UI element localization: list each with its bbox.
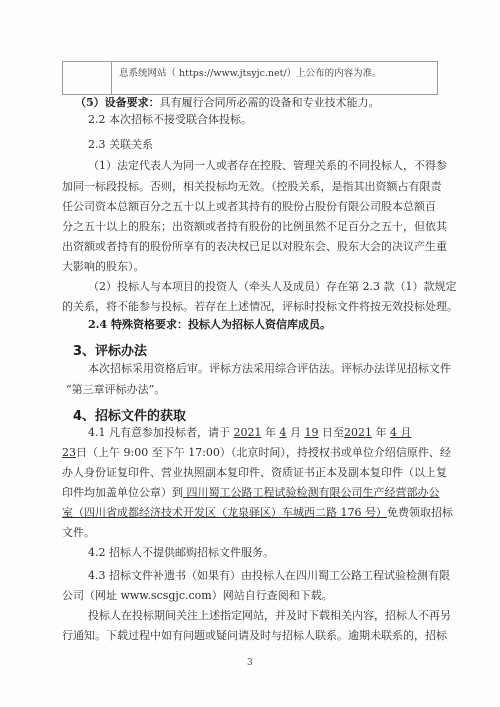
document-page: 息系统网站（ https://www.jtsyjc.net/）上公布的内容为准。… [0,0,500,707]
clause-2-3-p1-line: 出资额或者持有的股份所享有的表决权已足以对股东会、股东大会的决议产生重 [62,240,447,254]
page-number: 3 [247,658,253,668]
item-5-equipment: （5）设备要求：具有履行合同所必需的设备和专业技术能力。 [75,96,380,110]
clause-4-1-line4: 印件均加盖单位公章）到 四川蜀工公路工程试验检测有限公司生产经营部办公 [62,486,440,500]
item-5-text: 具有履行合同所必需的设备和专业技术能力。 [160,96,380,109]
clause-2-3-p1-line: 分之五十以上的股东；出资额或者持有股份的比例虽然不足百分之五十，但依其 [62,220,447,234]
text: 印件均加盖单位公章）到 [62,486,183,499]
clause-2-3-p1-line: 加同一标段投标。否则，相关投标均无效。（控股关系，是指其出资额占有限责 [62,180,442,194]
table-cell-text: 息系统网站（ https://www.jtsyjc.net/）上公布的内容为准。 [119,65,382,79]
text: 免费领取招标 [387,506,453,519]
clause-4-1-line3: 办人身份证复印件、营业执照副本复印件、资质证书正本及副本复印件（以上复 [62,466,447,480]
clause-2-3-p1-line: 大影响的股东）。 [62,260,145,274]
clause-2-3-p1-line: （1）法定代表人为同一人或者存在控股、管理关系的不同投标人，不得参 [88,159,447,173]
end-day: 23 [62,446,76,459]
pickup-location: 四川蜀工公路工程试验检测有限公司生产经营部办公 [183,486,440,499]
end-year: 2021 [344,426,372,439]
clause-4-1-line5: 室（四川省成都经济技术开发区（龙泉驿区）车城西二路 176 号）免费领取招标 [62,506,453,520]
section-3-line: “第三章评标办法”。 [66,383,165,397]
info-table-row: 息系统网站（ https://www.jtsyjc.net/）上公布的内容为准。 [62,61,438,95]
end-month: 4 月 [390,426,412,439]
text: 年 [372,426,390,439]
clause-2-2: 2.2 本次招标不接受联合体投标。 [88,113,252,127]
clause-4-1-line2: 23日（上午 9:00 至下午 17:00）（北京时间），持授权书或单位介绍信原… [62,446,451,460]
section-4-heading: 4、招标文件的获取 [73,405,186,424]
section-3-line: 本次招标采用资格后审。评标方法采用综合评估法。评标办法详见招标文件 [88,362,451,376]
clause-2-3-p2-line: （2）投标人与本项目的投资人（牵头人及成员）存在第 2.3 款（1）款规定 [88,280,456,294]
notice-line: 行通知。下载过程中如有问题或疑问请及时与招标人联系。逾期未联系的，招标 [62,629,447,643]
clause-4-3-line: 4.3 招标文件补遗书（如果有）由投标人在四川蜀工公路工程试验检测有限 [88,569,450,583]
table-cell-empty [63,62,112,94]
text: 4.1 凡有意参加投标者，请于 [88,426,234,439]
clause-4-3-line: 公司（网址 www.scsgjc.com）网站自行查阅和下载。 [62,589,333,603]
clause-2-4: 2.4 特殊资格要求：投标人为招标人资信库成员。 [88,318,331,332]
clause-2-3-p1-line: 任公司资本总额百分之五十以上或者其持有的股份占股份有限公司股本总额百 [62,200,436,214]
clause-2-3-p2-line: 的关系，将不能参与投标。若存在上述情况，评标时投标文件将按无效投标处理。 [62,300,458,314]
start-month: 4 [280,426,287,439]
text: 日（上午 9:00 至下午 17:00）（北京时间），持授权书或单位介绍信原件、… [76,446,451,459]
pickup-address: 室（四川省成都经济技术开发区（龙泉驿区）车城西二路 176 号） [62,506,387,519]
text: 年 [262,426,280,439]
start-day: 19 [305,426,319,439]
item-5-label: （5）设备要求： [75,96,160,109]
start-year: 2021 [234,426,262,439]
section-3-heading: 3、评标办法 [73,340,147,359]
clause-2-3-title: 2.3 关联关系 [88,138,153,152]
clause-4-1-line6: 文件。 [62,526,95,540]
clause-4-1-line1: 4.1 凡有意参加投标者，请于 2021 年 4 月 19 日至2021 年 4… [88,426,412,440]
clause-4-2: 4.2 招标人不提供邮购招标文件服务。 [88,546,274,560]
text: 月 [287,426,305,439]
notice-line: 投标人在投标期间关注上述指定网站，并及时下载相关内容，招标人不再另 [88,609,451,623]
text: 日至 [319,426,345,439]
